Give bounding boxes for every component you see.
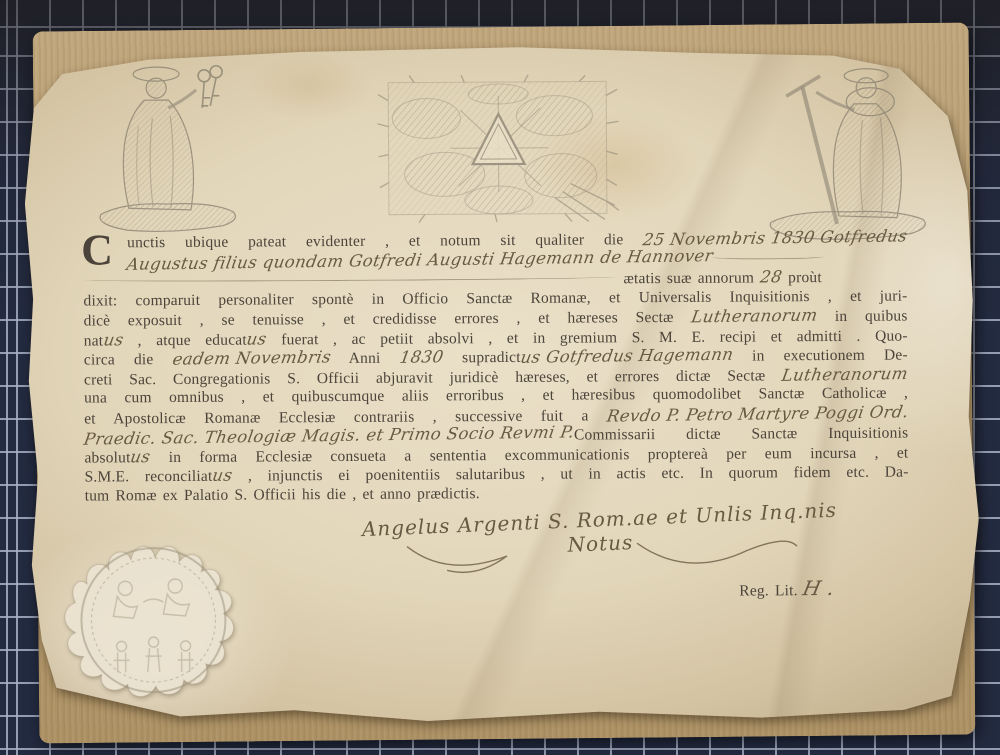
registry-annotation: Reg. Lit.H . xyxy=(739,576,835,601)
embossed-paper-wafer-seal-icon xyxy=(47,505,264,718)
saint-with-sword-engraving-icon xyxy=(758,55,941,254)
printed-text: S.M.E. reconciliat xyxy=(85,468,213,486)
handwritten-text: us Gotfredus Hagemann xyxy=(519,345,735,368)
document-paper: C unctis ubique pateat evidenter , et no… xyxy=(24,41,980,729)
handwritten-text: 1830 xyxy=(398,347,445,367)
handwritten-text: us xyxy=(211,466,234,486)
handwritten-text: 28 xyxy=(759,267,784,287)
handwritten-text: us xyxy=(102,330,125,350)
printed-text: absolut xyxy=(84,449,130,466)
printed-text: circa die xyxy=(84,351,173,369)
handwritten-text: us xyxy=(129,447,152,467)
signature-flourish xyxy=(387,532,807,581)
handwritten-text: Revdo P. Petro Martyre Poggi Ord. xyxy=(605,402,910,426)
document-paper-wrap: C unctis ubique pateat evidenter , et no… xyxy=(0,0,1000,755)
photo-stage: C unctis ubique pateat evidenter , et no… xyxy=(0,0,1000,755)
printed-text: Anni xyxy=(331,350,400,367)
handwritten-text: Lutheranorum xyxy=(780,363,909,384)
printed-text: in quibus xyxy=(817,308,907,326)
printed-text: in executionem De- xyxy=(733,347,908,365)
registry-letter: H . xyxy=(801,576,837,600)
saint-with-keys-engraving-icon xyxy=(82,56,253,247)
printed-text: proùt xyxy=(782,269,822,286)
document-text: unctis ubique pateat evidenter , et notu… xyxy=(83,228,909,506)
printed-text: supradict xyxy=(443,349,521,366)
handwritten-text: eadem Novembris xyxy=(171,347,332,369)
handwritten-filler-line xyxy=(713,256,825,260)
printed-text: Commissarii dictæ Sanctæ Inquisitionis xyxy=(574,425,908,444)
radiant-triangle-glory-vignette-icon xyxy=(374,73,623,227)
printed-text: , injunctis ei poenitentiis salutaribus … xyxy=(232,464,908,485)
printed-text: , atque educat xyxy=(123,331,247,349)
handwritten-text: us xyxy=(245,329,268,349)
registry-label: Reg. Lit. xyxy=(739,582,798,599)
handwritten-filler-line xyxy=(83,276,617,282)
printed-text: nat xyxy=(84,332,104,349)
printed-text: ætatis suæ annorum xyxy=(617,269,760,287)
printed-text: tum Romæ ex Palatio S. Officii his die ,… xyxy=(85,485,480,504)
handwritten-text: Lutheranorum xyxy=(690,306,819,327)
